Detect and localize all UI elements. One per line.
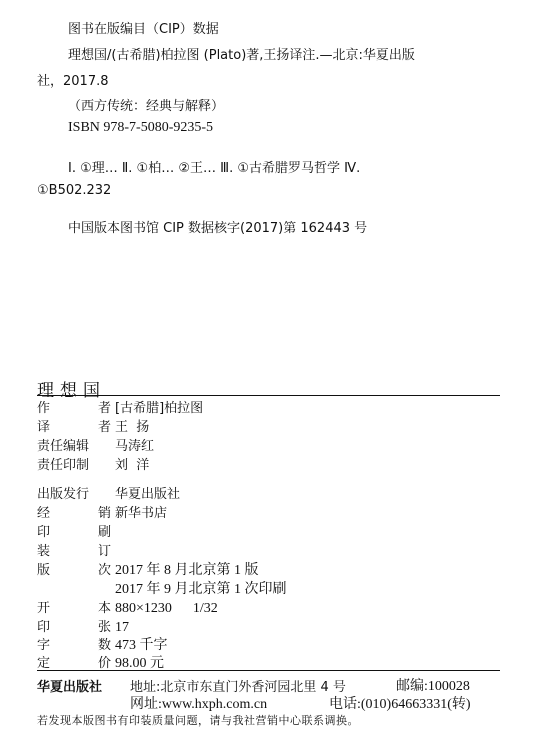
label-right: 者 [98,419,111,436]
detail-row-binding: 装订 [37,543,115,560]
credit-row-print-manager: 责任印制 刘 洋 [37,457,149,474]
detail-value: 新华书店 [115,505,167,522]
footer-publisher: 华夏出版社 [37,676,102,695]
detail-row-word-count: 字数 473 千字 [37,637,168,654]
label-left: 印 [37,619,50,636]
cip-series: （西方传统：经典与解释） [68,95,224,114]
footer-phone: 电话:(010)64663331(转) [329,693,471,713]
label-left: 版 [37,562,50,579]
label-right: 销 [98,505,111,522]
label-right: 本 [98,600,111,617]
detail-value: 880×1230 1/32 [115,600,218,617]
label-right: 者 [98,400,111,417]
detail-value: 2017 年 8 月北京第 1 版 [115,562,259,579]
label-left: 字 [37,637,50,654]
label-right: 张 [98,619,111,636]
detail-row-format: 开本 880×1230 1/32 [37,600,218,617]
cip-entry-line1: 理想国/(古希腊)柏拉图 (Plato)著,王扬译注.—北京:华夏出版 [68,44,415,63]
book-title: 理想国 [37,376,106,401]
detail-row-sheets: 印张 17 [37,619,129,636]
label-left: 装 [37,543,50,560]
cip-subjects-line1: Ⅰ. ①理… Ⅱ. ①柏… ②王… Ⅲ. ①古希腊罗马哲学 Ⅳ. [68,157,360,176]
label-left: 开 [37,600,50,617]
footer-notice: 若发现本版图书有印装质量问题，请与我社营销中心联系调换。 [37,712,359,728]
cip-number: 中国版本图书馆 CIP 数据核字(2017)第 162443 号 [68,217,367,236]
credit-row-editor: 责任编辑 马涛红 [37,438,154,455]
label-left: 印 [37,524,50,541]
footer-website: 网址:www.hxph.com.cn [130,693,267,713]
credit-row-translator: 译者 王 扬 [37,419,149,436]
cip-isbn: ISBN 978-7-5080-9235-5 [68,120,213,136]
cip-entry-line2: 社，2017.8 [37,70,109,89]
detail-value: 17 [115,619,129,636]
label-left: 出版发行 [37,486,89,503]
credit-value: [古希腊]柏拉图 [115,400,203,417]
cip-subjects-line2: ①B502.232 [37,183,111,198]
credit-value: 马涛红 [115,438,154,455]
label-right: 订 [98,543,111,560]
detail-row-printer: 印刷 [37,524,115,541]
cip-heading: 图书在版编目（CIP）数据 [68,18,219,37]
detail-row-publisher: 出版发行 华夏出版社 [37,486,180,503]
detail-row-edition: 版次 2017 年 8 月北京第 1 版 [37,562,259,579]
detail-row-printing: 2017 年 9 月北京第 1 次印刷 [37,581,287,598]
credit-value: 刘 洋 [115,457,149,474]
credit-row-author: 作者 [古希腊]柏拉图 [37,400,203,417]
top-divider [37,395,500,396]
bottom-divider [37,670,500,671]
label-right: 次 [98,562,111,579]
detail-row-distributor: 经销 新华书店 [37,505,167,522]
detail-value: 473 千字 [115,637,168,654]
label-left: 作 [37,400,50,417]
label-left: 经 [37,505,50,522]
label-left: 责任编辑 [37,438,89,455]
label-right: 刷 [98,524,111,541]
detail-value: 2017 年 9 月北京第 1 次印刷 [115,581,287,598]
label-right: 数 [98,637,111,654]
footer-postcode: 邮编:100028 [396,675,470,695]
credit-value: 王 扬 [115,419,149,436]
detail-value: 华夏出版社 [115,486,180,503]
label-left: 译 [37,419,50,436]
label-left: 责任印制 [37,457,89,474]
